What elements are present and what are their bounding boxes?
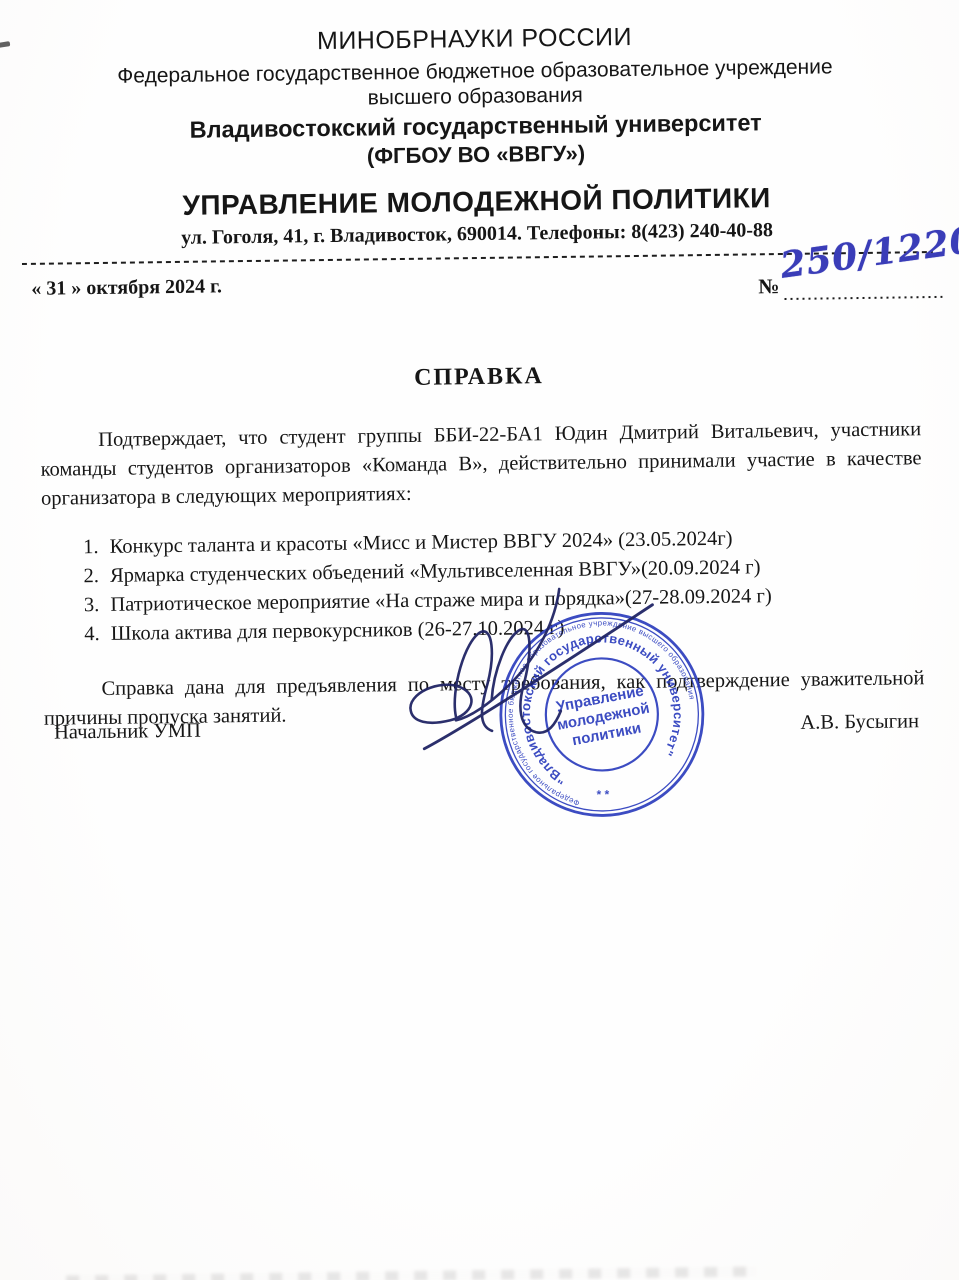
number-label: № [758, 274, 779, 299]
letterhead: МИНОБРНАУКИ РОССИИ Федеральное государст… [0, 0, 957, 253]
scan-artifact-bottom [66, 1266, 756, 1280]
date-number-row: « 31 » октября 2024 г. № 250/12203 [0, 253, 958, 336]
document-title: СПРАВКА [0, 357, 959, 397]
scanned-certificate-page: МИНОБРНАУКИ РОССИИ Федеральное государст… [0, 0, 959, 1280]
document-date: « 31 » октября 2024 г. [31, 275, 222, 300]
signer-position: Начальник УМП [54, 720, 201, 745]
signature [390, 570, 685, 774]
signer-name: А.В. Бусыгин [800, 710, 919, 735]
number-dotted-line [784, 296, 942, 300]
confirmation-paragraph: Подтверждает, что студент группы ББИ-22-… [40, 415, 922, 514]
stamp-separator-stars: * * [596, 787, 609, 801]
